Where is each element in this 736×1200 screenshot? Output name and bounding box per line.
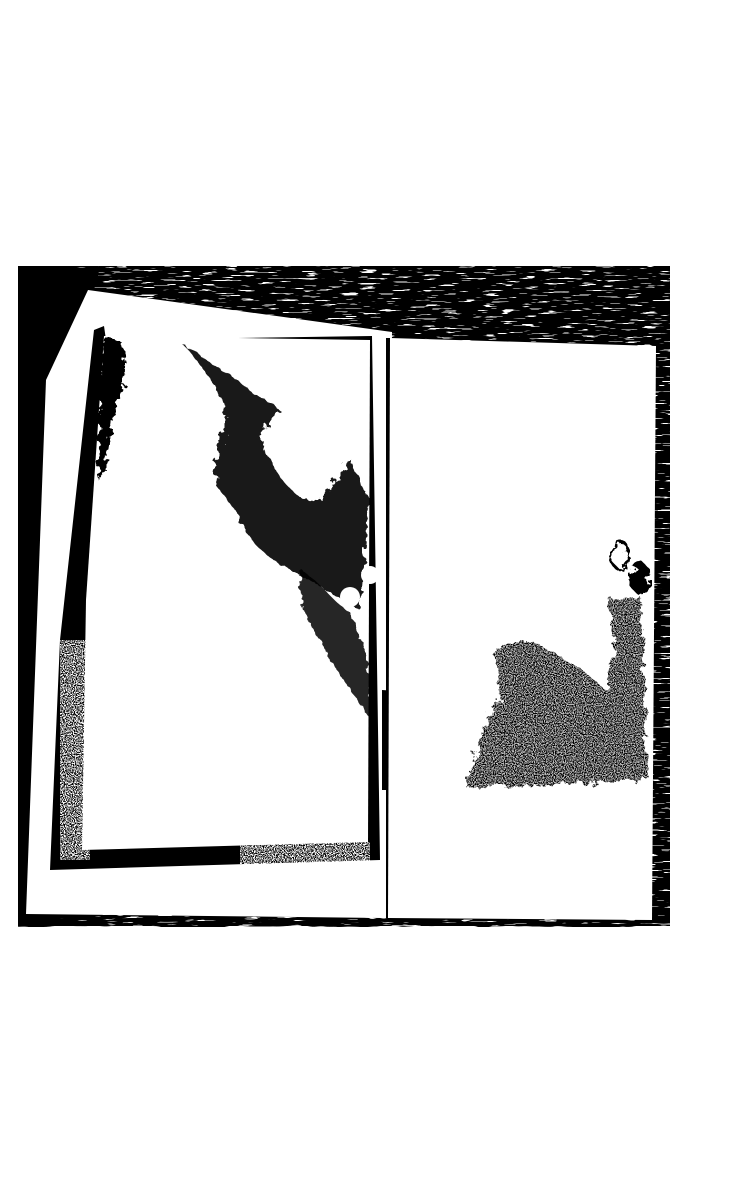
right-card — [388, 338, 656, 920]
photo-scene — [0, 0, 736, 1200]
left-card — [26, 290, 392, 918]
